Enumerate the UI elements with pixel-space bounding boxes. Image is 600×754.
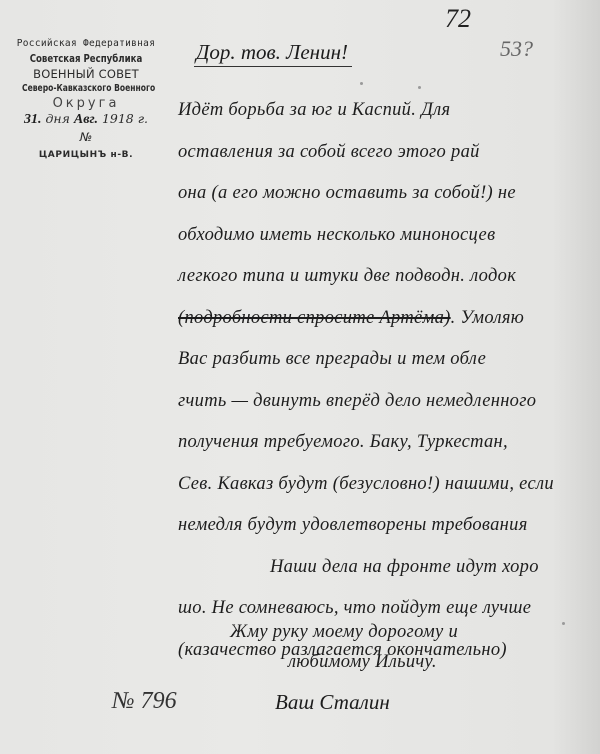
- letter-page: Российская Федеративная Советская Респуб…: [0, 0, 600, 754]
- letter-line: Идёт борьба за юг и Каспий. Для: [178, 100, 450, 121]
- paper-speck: [360, 82, 363, 85]
- letter-line: (подробности спросите Артёма). Умоляю: [178, 308, 524, 329]
- closing-line: Жму руку моему дорогому и: [230, 622, 458, 643]
- letter-line: получения требуемого. Баку, Туркестан,: [178, 432, 508, 453]
- folio-number: № 796: [112, 688, 177, 715]
- letter-line: легкого типа и штуки две подводн. лодок: [178, 266, 516, 287]
- letter-body: Идёт борьба за юг и Каспий. Дляоставлени…: [0, 0, 600, 754]
- letter-line: она (а его можно оставить за собой!) не: [178, 183, 516, 204]
- letter-line: Вас разбить все преграды и тем обле: [178, 349, 486, 370]
- letter-line: шо. Не сомневаюсь, что пойдут еще лучше: [178, 598, 531, 619]
- paper-speck: [562, 622, 565, 625]
- letter-line: гчить — двинуть вперёд дело немедленного: [178, 391, 536, 412]
- closing-line: любимому Ильичу.: [288, 652, 437, 673]
- letter-line: Наши дела на фронте идут хоро: [270, 557, 539, 578]
- letter-line: немедля будут удовлетворены требования: [178, 515, 528, 536]
- paper-speck: [418, 86, 421, 89]
- letter-line: оставления за собой всего этого рай: [178, 142, 480, 163]
- letter-line: Сев. Кавказ будут (безусловно!) нашими, …: [178, 474, 554, 495]
- letter-line: обходимо иметь несколько миноносцев: [178, 225, 495, 246]
- signature: Ваш Сталин: [275, 690, 390, 715]
